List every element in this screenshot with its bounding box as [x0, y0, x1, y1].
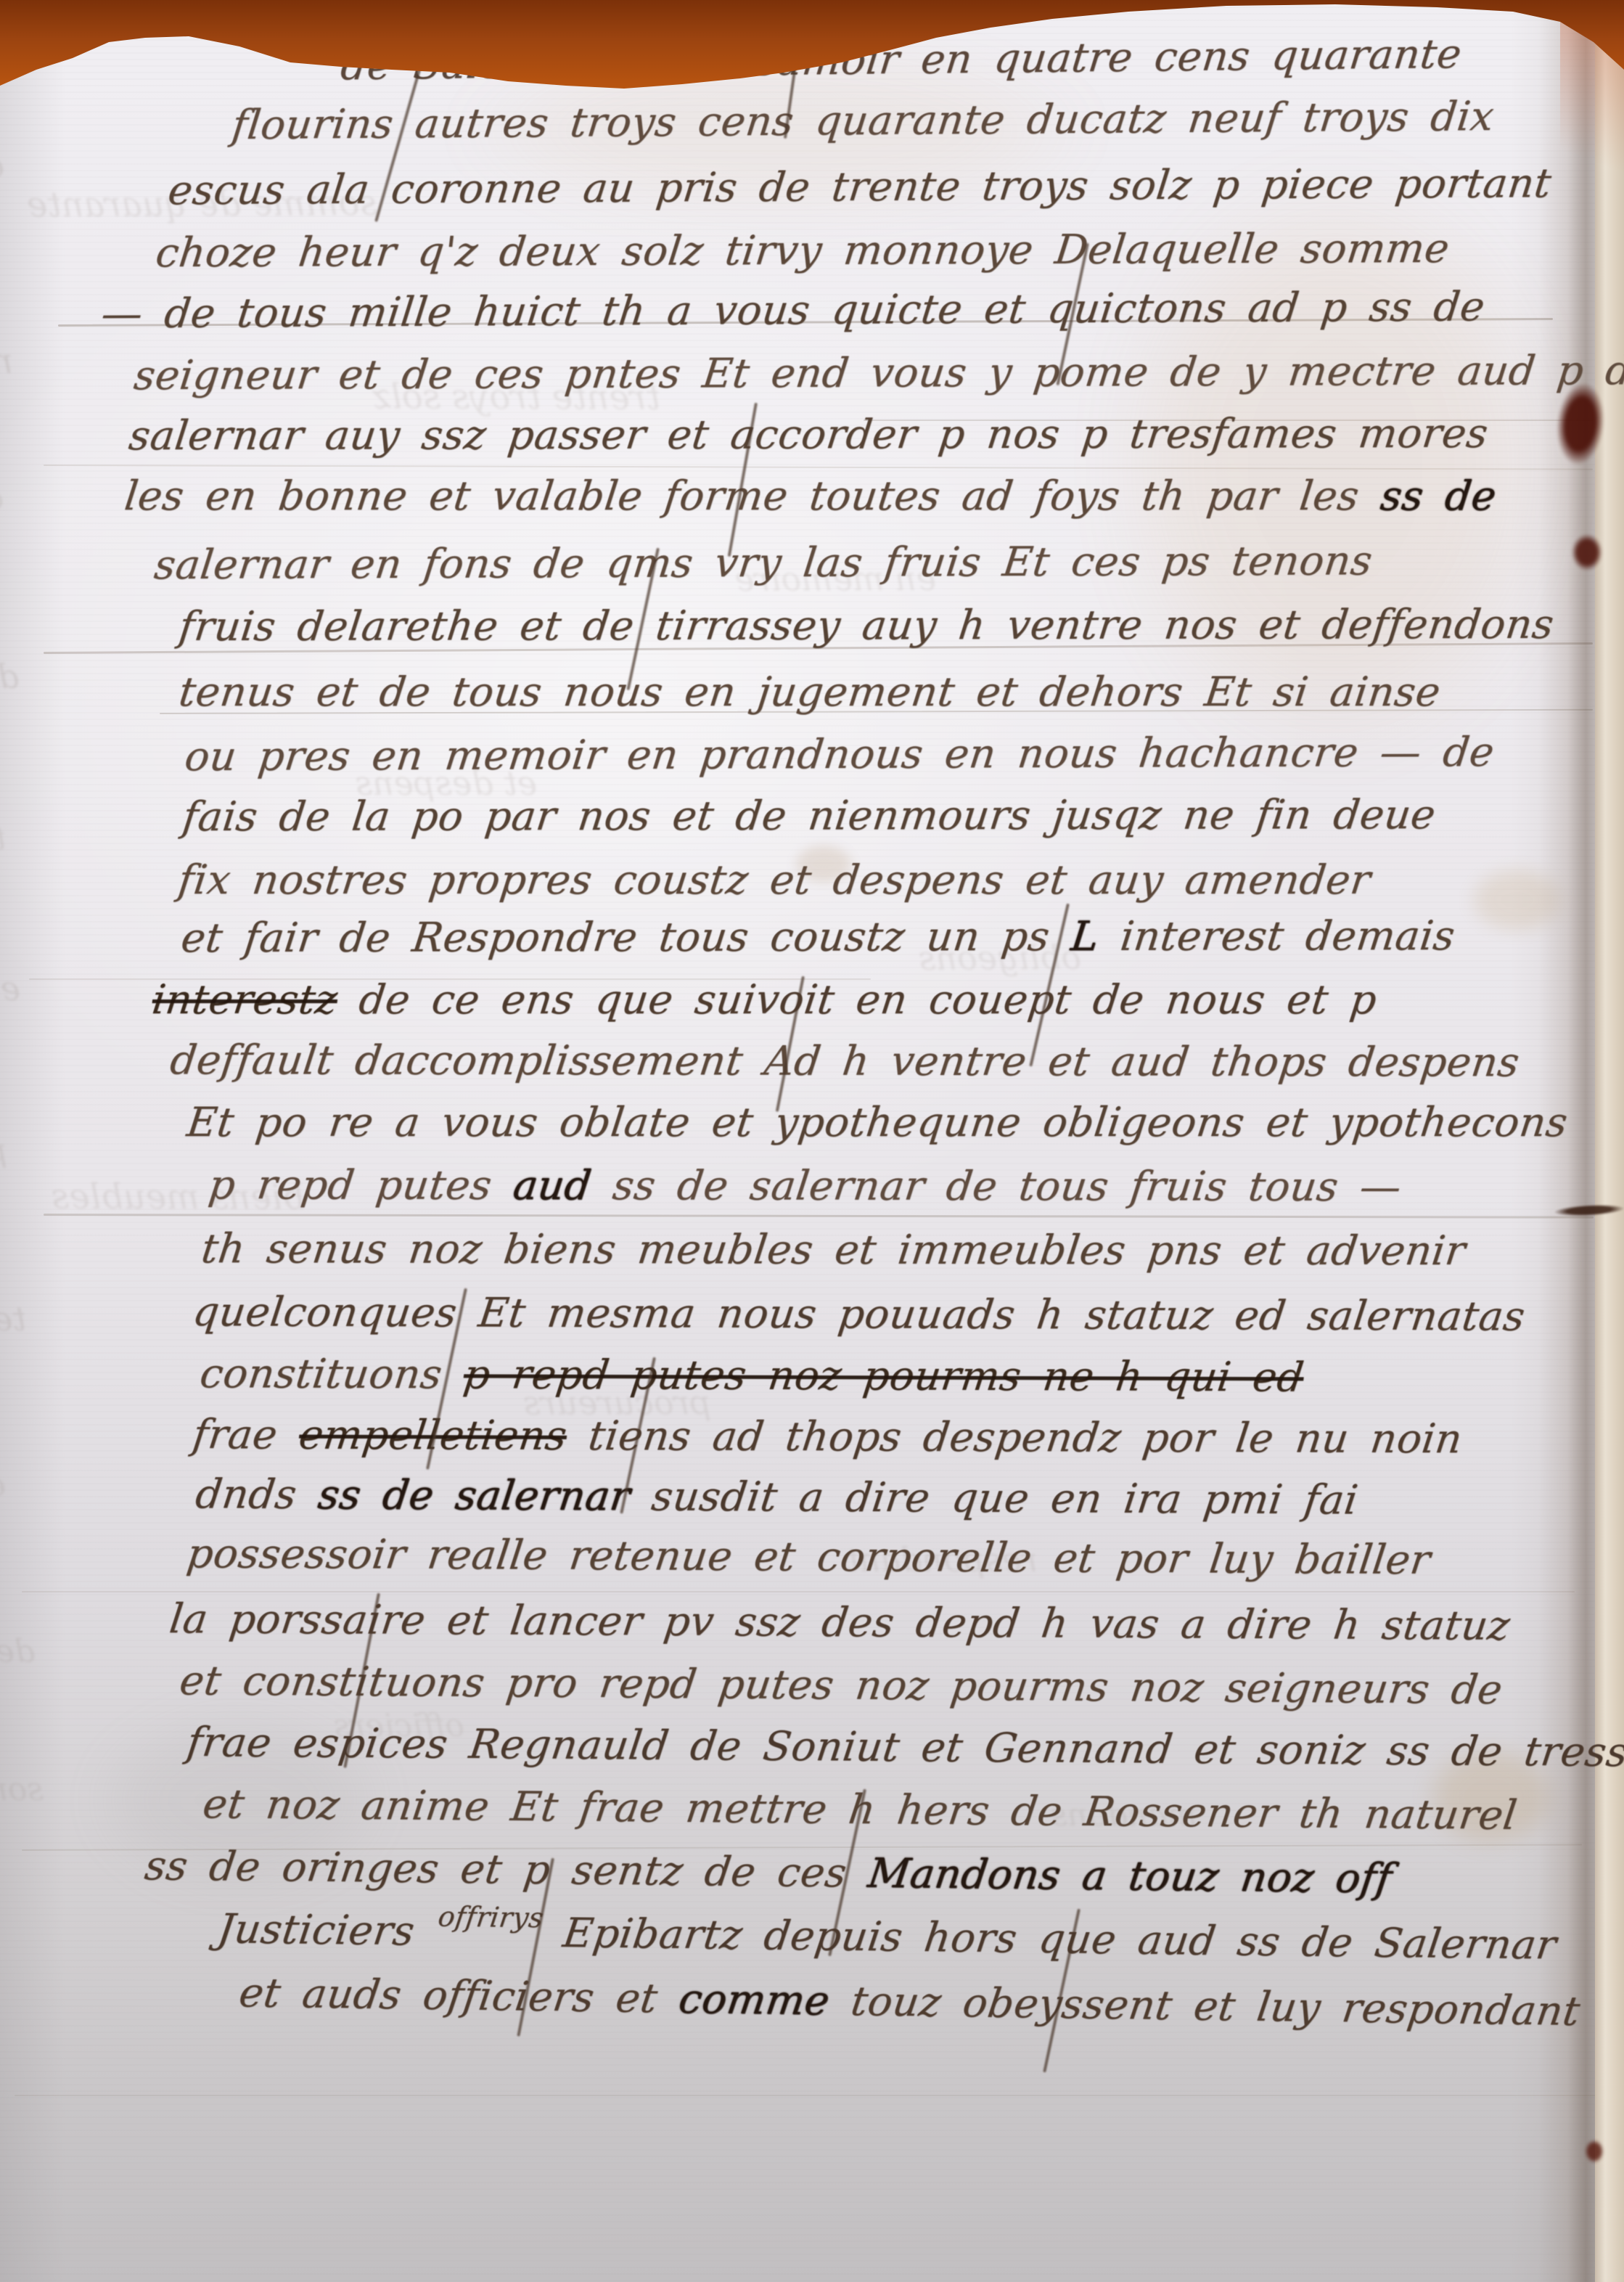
manuscript-photo: et quictonsnous auonsde la sommeducatz d…	[0, 0, 1624, 2282]
photo-vignette	[0, 0, 1624, 2282]
